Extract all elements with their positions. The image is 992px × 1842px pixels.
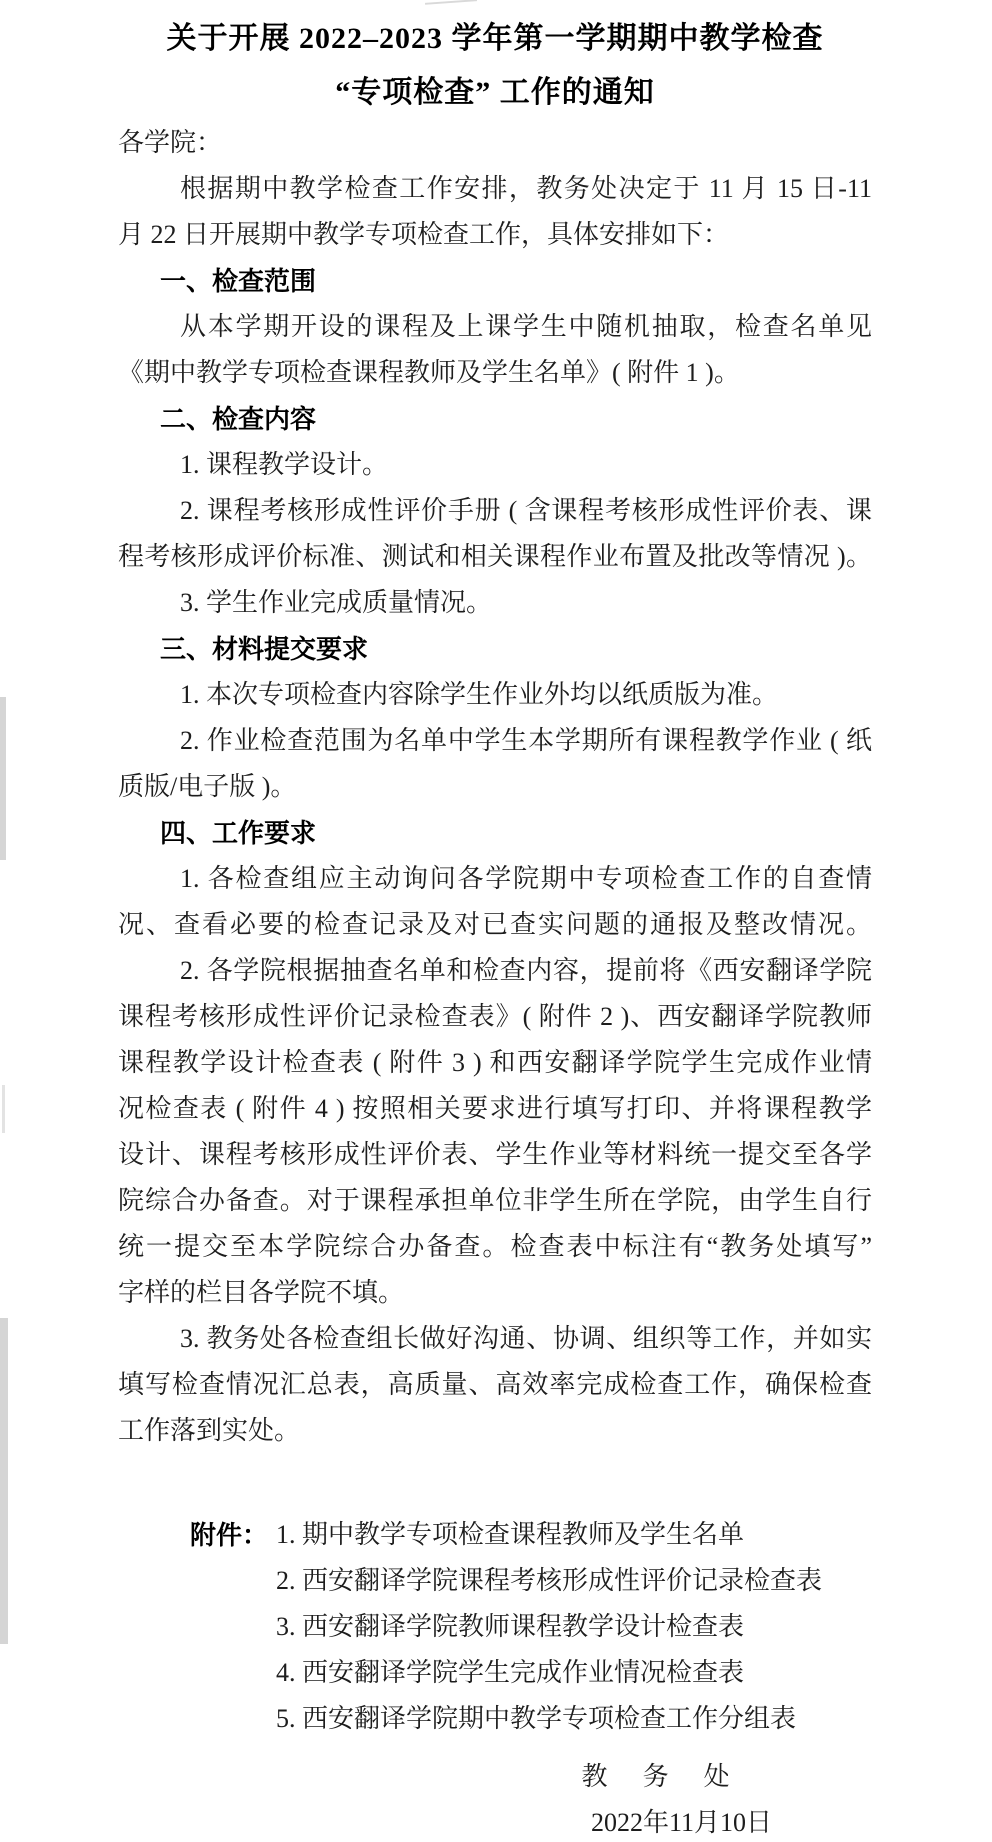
attachment-item-2: 2. 西安翻译学院课程考核形成性评价记录检查表	[118, 1558, 872, 1604]
paragraph-line: 从本学期开设的课程及上课学生中随机抽取，检查名单见	[118, 304, 872, 350]
list-item: 3. 教务处各检查组长做好沟通、协调、组织等工作，并如实	[118, 1316, 872, 1362]
paragraph-line: 课程教学设计检查表 ( 附件 3 ) 和西安翻译学院学生完成作业情	[118, 1040, 872, 1086]
paragraph-line: 根据期中教学检查工作安排，教务处决定于 11 月 15 日-11	[118, 166, 872, 212]
scan-artifact-strip	[2, 1085, 5, 1133]
list-item: 1. 课程教学设计。	[118, 442, 872, 488]
paragraph-line: 程考核形成评价标准、测试和相关课程作业布置及批改等情况 )。	[118, 534, 872, 580]
signature-date: 2022年11月10日	[118, 1800, 872, 1842]
list-item: 2. 课程考核形成性评价手册 ( 含课程考核形成性评价表、课	[118, 488, 872, 534]
section-heading-2: 二、检查内容	[118, 396, 872, 442]
paragraph-line: 填写检查情况汇总表，高质量、高效率完成检查工作，确保检查	[118, 1362, 872, 1408]
list-item: 2. 各学院根据抽查名单和检查内容，提前将《西安翻译学院	[118, 948, 872, 994]
attachment-item-3: 3. 西安翻译学院教师课程教学设计检查表	[118, 1604, 872, 1650]
list-item: 2. 作业检查范围为名单中学生本学期所有课程教学作业 ( 纸	[118, 718, 872, 764]
salutation: 各学院：	[118, 120, 872, 166]
paragraph-line: 统一提交至本学院综合办备查。检查表中标注有“教务处填写”	[118, 1224, 872, 1270]
notice-content: 关于开展 2022–2023 学年第一学期期中教学检查 “专项检查” 工作的通知…	[118, 12, 872, 1842]
paragraph-line: 质版/电子版 )。	[118, 764, 872, 810]
list-item: 3. 学生作业完成质量情况。	[118, 580, 872, 626]
paragraph-line: 况、查看必要的检查记录及对已查实问题的通报及整改情况。	[118, 902, 872, 948]
attachment-item-1: 1. 期中教学专项检查课程教师及学生名单	[268, 1512, 744, 1558]
notice-title-line-1: 关于开展 2022–2023 学年第一学期期中教学检查	[118, 12, 872, 66]
paragraph-line: 月 22 日开展期中教学专项检查工作，具体安排如下：	[118, 212, 872, 258]
paragraph-line: 课程考核形成性评价记录检查表》( 附件 2 )、西安翻译学院教师	[118, 994, 872, 1040]
attachments-block: 附件： 1. 期中教学专项检查课程教师及学生名单 2. 西安翻译学院课程考核形成…	[118, 1512, 872, 1742]
paragraph-line: 字样的栏目各学院不填。	[118, 1270, 872, 1316]
list-item: 1. 本次专项检查内容除学生作业外均以纸质版为准。	[118, 672, 872, 718]
attachments-label: 附件：	[118, 1512, 268, 1558]
paragraph-line: 院综合办备查。对于课程承担单位非学生所在学院，由学生自行	[118, 1178, 872, 1224]
scanned-notice-page: 关于开展 2022–2023 学年第一学期期中教学检查 “专项检查” 工作的通知…	[0, 0, 992, 1842]
notice-title-line-2: “专项检查” 工作的通知	[118, 66, 872, 120]
attachment-item-5: 5. 西安翻译学院期中教学专项检查工作分组表	[118, 1696, 872, 1742]
section-heading-1: 一、检查范围	[118, 258, 872, 304]
paragraph-line: 设计、课程考核形成性评价表、学生作业等材料统一提交至各学	[118, 1132, 872, 1178]
paragraph-line: 《期中教学专项检查课程教师及学生名单》( 附件 1 )。	[118, 350, 872, 396]
section-heading-4: 四、工作要求	[118, 810, 872, 856]
attachment-row: 附件： 1. 期中教学专项检查课程教师及学生名单	[118, 1512, 872, 1558]
paragraph-line: 况检查表 ( 附件 4 ) 按照相关要求进行填写打印、并将课程教学	[118, 1086, 872, 1132]
list-item: 1. 各检查组应主动询问各学院期中专项检查工作的自查情	[118, 856, 872, 902]
paragraph-line: 工作落到实处。	[118, 1408, 872, 1454]
scan-artifact-strip	[0, 1318, 8, 1644]
attachment-item-4: 4. 西安翻译学院学生完成作业情况检查表	[118, 1650, 872, 1696]
signature-org: 教 务 处	[118, 1754, 872, 1800]
scan-artifact-scratch	[425, 0, 477, 5]
section-heading-3: 三、材料提交要求	[118, 626, 872, 672]
scan-artifact-strip	[0, 697, 6, 860]
